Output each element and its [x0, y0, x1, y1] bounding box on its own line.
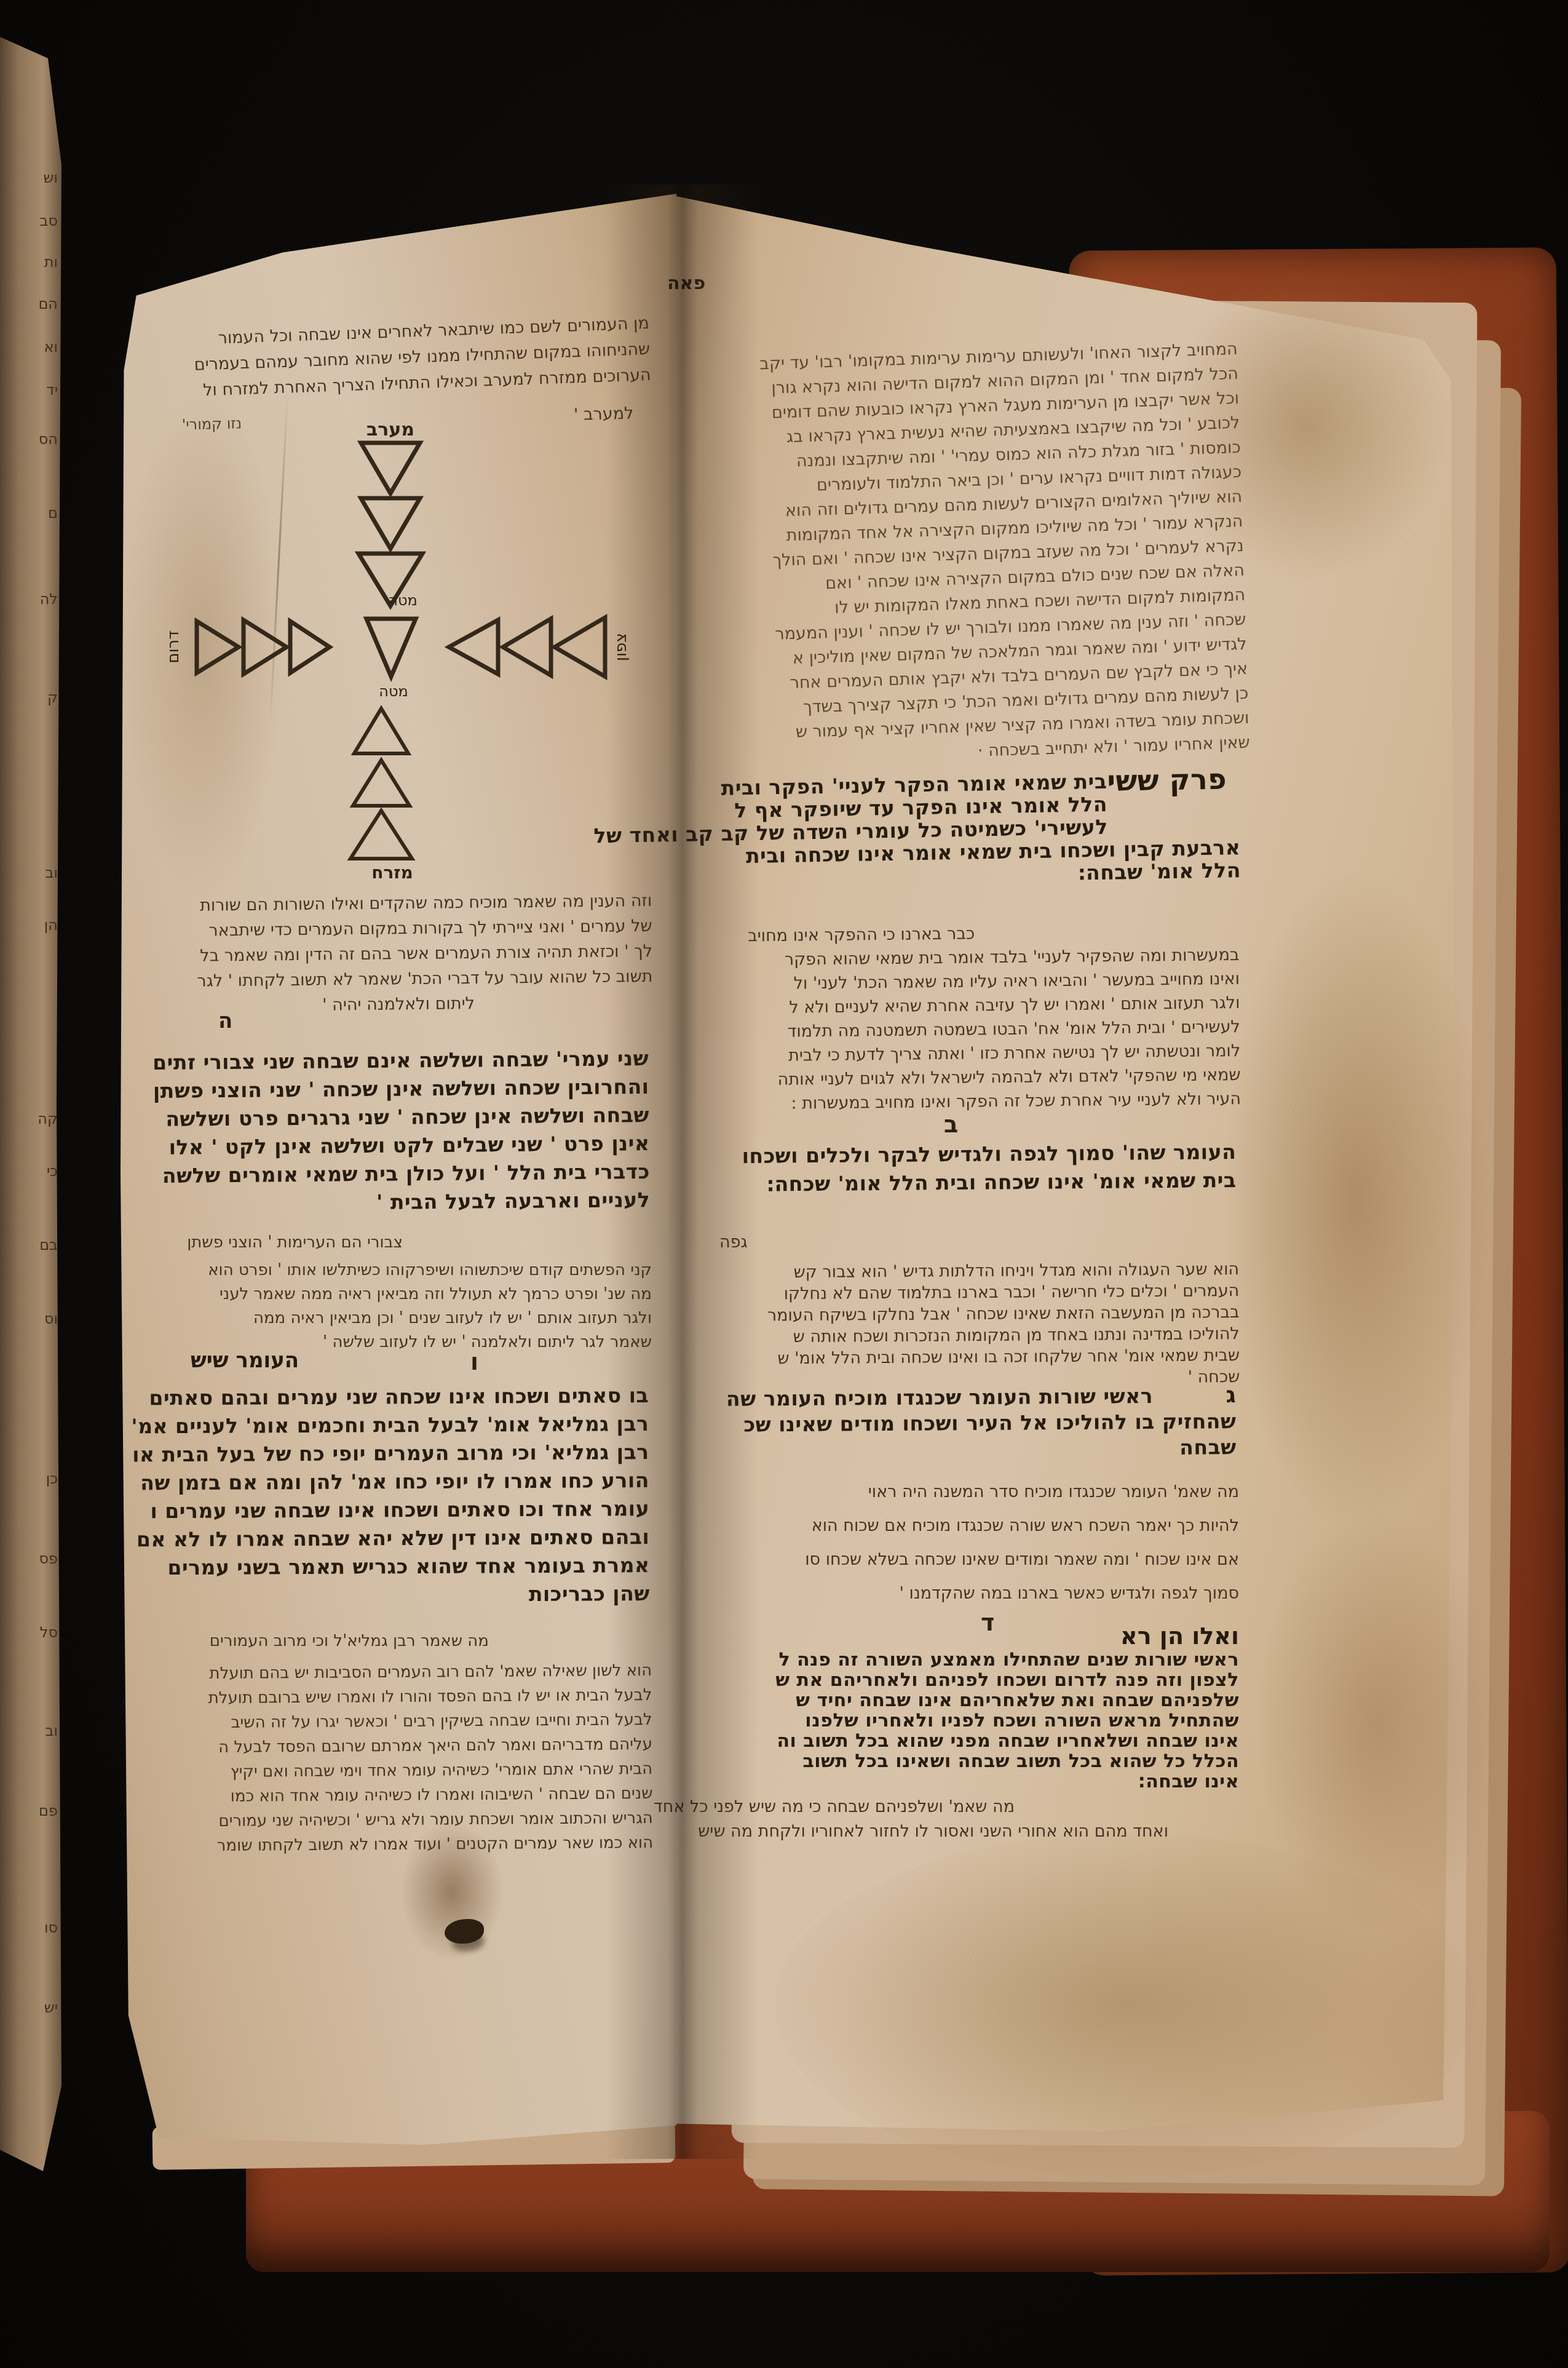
- edge-text-fragment: וא: [44, 338, 58, 356]
- facing-page-edge: ושסבותהםואידהסםלהקובהןקהכיבםוסכןפססלובפם…: [0, 37, 61, 2171]
- text-line: בית שמאי אומ' אינו שכחה ובית הלל אומ' שכ…: [686, 1166, 1236, 1199]
- text-line: ואחד מהם הוא אחורי השני ואסור לו לחזור ל…: [701, 1819, 1168, 1844]
- text-line: שלפניהם שבחה ואת שלאחריהם אינו שבחה יחיד…: [683, 1690, 1239, 1710]
- edge-text-fragment: סב: [40, 212, 58, 229]
- text-line: ובהם סאתים אינו דין שלא יהא שבחה אמרו לו…: [139, 1523, 649, 1554]
- left-triangle: [449, 620, 498, 674]
- edge-text-fragment: פס: [39, 1550, 58, 1567]
- commentary-6-6: הוא לשון שאילה שאמ' להם רוב העמרים הסביב…: [132, 1658, 653, 1859]
- text-line: שבחה ושלשה אינן שכחה ' שני גרגרים פרט וש…: [139, 1101, 649, 1134]
- section-letter-bet: ב: [944, 1111, 958, 1138]
- up-triangle: [354, 709, 408, 753]
- text-line: לבעל הבית או יש לו בהם הפסד והורו לו ואמ…: [132, 1683, 652, 1711]
- text-line: שנים הם שבחה ' השיבוהו ואמרו לו כשיהיה ע…: [133, 1781, 652, 1810]
- text-line: להיות כך יאמר השכח ראש שורה שכנגדו מוכיח…: [676, 1509, 1239, 1543]
- right-triangle: [290, 621, 330, 673]
- edge-text-fragment: לה: [40, 590, 58, 608]
- text-line: הכלל כל שהוא בכל תשוב שבחה ושאינו בכל תש…: [683, 1751, 1239, 1771]
- text-line: מה שנ' ופרט כרמך לא תעולל וזה מביאין ראי…: [132, 1282, 652, 1306]
- lemma-gapah: גפה: [719, 1230, 748, 1255]
- diagram-label-east: מזרח: [371, 862, 413, 883]
- text-line: הבית שהרי אתם אומרי' כשיהיה עומר אחד וימ…: [133, 1757, 652, 1785]
- text-line: והחרובין שכחה ושלשה אינן שכחה ' שני הוצנ…: [138, 1073, 649, 1105]
- text-line: העומר שהו' סמוך לגפה ולגדיש לבקר ולכלים …: [686, 1138, 1236, 1171]
- mishnah-6-4-opening: ואלו הן רא: [1101, 1623, 1239, 1650]
- text-line: עליהם מדבריהם ואמר להם היאך אמרתם שרובם …: [133, 1732, 652, 1760]
- text-line: הגריש והכתוב אומר ושכחת עומר ולא גריש ' …: [133, 1806, 653, 1834]
- text-line: הוא לשון שאילה שאמ' להם רוב העמרים הסביב…: [132, 1658, 652, 1687]
- text-line: שבית שמאי אומ' אחר שלקחו זכה בו ואינו שכ…: [677, 1345, 1240, 1370]
- commentary-6-2: הוא שער העגולה והוא מגדל ויניחו הדלתות ג…: [676, 1258, 1240, 1391]
- chapter-heading: פרק ששי: [1107, 768, 1240, 820]
- text-line: סמוך לגפה ולגדיש כאשר בארנו במה שהקדמנו …: [676, 1576, 1239, 1610]
- edge-text-fragment: סו: [44, 1919, 58, 1936]
- commentary-6-1: כבר בארנו כי ההפקר אינו מחויבבמעשרות ומה…: [676, 919, 1241, 1117]
- text-line: תשוב כל שהוא עובר על דברי הכת' שאמר לא ת…: [136, 964, 652, 995]
- text-line: שבחה: [686, 1434, 1237, 1464]
- edge-text-fragment: הם: [38, 295, 58, 312]
- down-triangle: [361, 498, 420, 549]
- text-line: ולגר תעזוב אותם ' יש לו לעזוב שנים ' וכן…: [132, 1306, 652, 1330]
- mishnah-6-1: פרק ששי בית שמאי אומר הפקר לעניי' הפקר ו…: [686, 768, 1241, 891]
- edge-text-fragment: הס: [39, 431, 58, 448]
- text-line: לבעל הבית וחייבו שבחה בשיקין רבים ' וכאש…: [133, 1707, 652, 1736]
- mishnah-6-6-opening: העומר שיש: [191, 1348, 299, 1373]
- mishnah-6-5: שני עמרי' שבחה ושלשה אינם שבחה שני צבורי…: [138, 1044, 650, 1218]
- diagram-label-mata-lower: מטה: [379, 683, 408, 700]
- edge-text-fragment: הן: [44, 916, 58, 934]
- text-line: הוא כמו שאר עמרים הקטנים ' ועוד אמרו לא …: [133, 1830, 653, 1859]
- edge-text-fragment: ם: [48, 504, 58, 522]
- section-letter-dalet: ד: [981, 1609, 994, 1636]
- text-line: אמרת בעומר אחד שהוא כגריש תאמר בשני עמרי…: [139, 1551, 649, 1582]
- text-line: אינו שבחה:: [683, 1771, 1239, 1792]
- up-triangle: [353, 760, 410, 806]
- rambam-intro-commentary: המחויב לקצור האחו' ולעשותם ערימות ערימות…: [676, 337, 1250, 773]
- diagram-label-south: דרום: [166, 630, 183, 663]
- up-triangle: [350, 811, 412, 859]
- text-line: כבר בארנו כי ההפקר אינו מחויב: [676, 922, 975, 949]
- edge-fragments: ושסבותהםואידהסםלהקובהןקהכיבםוסכןפססלובפם…: [0, 37, 61, 2171]
- text-line: ליתום ולאלמנה יהיה ': [137, 991, 475, 1020]
- diagram-label-west: מערב: [366, 419, 414, 440]
- edge-text-fragment: וב: [46, 1722, 58, 1739]
- commentary-6-5: קני הפשתים קודם שיכתשוהו ושיפרקוהו כשיתל…: [132, 1258, 652, 1354]
- edge-text-fragment: וס: [44, 1310, 58, 1327]
- text-line: שהן כבריכות: [140, 1579, 650, 1610]
- down-triangle: [361, 443, 420, 493]
- lemma-gamliel-text: מה שאמר רבן גמליא'ל וכי מרוב העמורים: [148, 1629, 489, 1653]
- commentary-6-4: מה שאמ' ושלפניהם שבחה כי מה שיש לפני כל …: [701, 1795, 1168, 1844]
- lemma-tsiburei-text: צבורי הם הערימות ' הוצני פשתן: [148, 1230, 403, 1255]
- edge-text-fragment: כן: [46, 1470, 58, 1487]
- book-photo: ושסבותהםואידהסםלהקובהןקהכיבםוסכןפססלובפם…: [0, 0, 1568, 2368]
- edge-text-fragment: וש: [43, 169, 58, 186]
- text-line: קני הפשתים קודם שיכתשוהו ושיפרקוהו כשיתל…: [132, 1258, 652, 1282]
- text-line: שני עמרי' שבחה ושלשה אינם שבחה שני צבורי…: [138, 1044, 649, 1077]
- text-line: שהחזיק בו להוליכו אל העיר ושכחו מודים שא…: [686, 1408, 1236, 1438]
- text-line: אם אינו שכוח ' ומה שאמר ומודים שאינו שכח…: [676, 1543, 1239, 1576]
- sheaf-rows-diagram: מערב מטה מטה מזרח דרום צפון: [166, 418, 658, 886]
- mishnah-6-2: העומר שהו' סמוך לגפה ולגדיש לבקר ולכלים …: [686, 1138, 1237, 1199]
- edge-text-fragment: כי: [47, 1162, 58, 1180]
- text-line: לעניים וארבעה לבעל הבית ': [140, 1186, 650, 1218]
- section-letter-gimel: ג: [1153, 1383, 1236, 1409]
- left-triangle: [503, 619, 551, 675]
- text-line: אינו שבחה ושלאחריו שבחה מפני שהוא בכל תש…: [683, 1731, 1239, 1751]
- left-triangle: [555, 618, 605, 677]
- edge-text-fragment: ות: [44, 253, 58, 271]
- text-line: שהתחיל מראש השורה ושכח לפניו ולאחריו שלפ…: [683, 1710, 1239, 1731]
- lemma-tsiburei: צבורי הם הערימות ' הוצני פשתן: [148, 1230, 649, 1255]
- mishnah-6-4: ראשי שורות שנים שהתחילו מאמצע השורה זה פ…: [683, 1650, 1239, 1792]
- edge-text-fragment: יש: [44, 1999, 58, 2016]
- section-vav-line: ו העומר שיש: [138, 1348, 649, 1378]
- text-line: ראשי שורות שנים שהתחילו מאמצע השורה זה פ…: [683, 1650, 1239, 1670]
- diagram-label-mata-upper: מטה: [388, 592, 418, 609]
- text-line: רבן גמליא' וכי מרוב העמרים יופי כח של בע…: [138, 1438, 649, 1469]
- mishnah-6-6: בו סאתים ושכחו אינו שכחה שני עמרים ובהם …: [138, 1381, 650, 1610]
- right-triangle: [244, 620, 287, 674]
- text-line: לצפון וזה פנה לדרום ושכחו לפניהם ולאחריה…: [683, 1670, 1239, 1690]
- text-line: הורע כחו אמרו לו יופי כחו אמ' להן ומה אם…: [139, 1466, 649, 1497]
- edge-text-fragment: פם: [39, 1802, 58, 1819]
- section-letter-vav: ו: [470, 1348, 478, 1375]
- section-letter-hei: ה: [218, 1009, 232, 1033]
- edge-text-fragment: יד: [47, 381, 58, 399]
- commentary-6-3: מה שאמ' העומר שכנגדו מוכיח סדר המשנה היה…: [676, 1475, 1239, 1610]
- edge-text-fragment: וב: [46, 864, 58, 881]
- lemma-gamliel: מה שאמר רבן גמליא'ל וכי מרוב העמורים: [148, 1629, 649, 1653]
- text-line: עומר אחד וכו סאתים ושכחו אינו שבחה שני ע…: [139, 1495, 649, 1525]
- diagram-label-north: צפון: [612, 633, 630, 661]
- running-header: פאה: [667, 272, 705, 294]
- edge-text-fragment: קה: [38, 1110, 58, 1127]
- text-line: רבן גמליאל אומ' לבעל הבית וחכמים אומ' לע…: [138, 1410, 649, 1440]
- edge-text-fragment: בם: [39, 1236, 58, 1254]
- text-line: אינן פרט ' שני שבלים לקט ושלשה אינן לקט …: [139, 1129, 649, 1162]
- text-line: בו סאתים ושכחו אינו שכחה שני עמרים ובהם …: [138, 1381, 649, 1412]
- down-triangle-center: [366, 619, 416, 677]
- edge-text-fragment: ק: [47, 689, 58, 706]
- right-triangle: [197, 621, 239, 673]
- edge-text-fragment: סל: [40, 1624, 58, 1641]
- commentary-diagram: וזה הענין מה שאמר מוכיח כמה שהקדים ואילו…: [135, 888, 653, 1020]
- text-line: מה שאמ' ושלפניהם שבחה כי מה שיש לפני כל …: [701, 1795, 1015, 1819]
- text-line: כדברי בית הלל ' ועל כולן בית שמאי אומרים…: [140, 1158, 650, 1190]
- mishnah-6-3: ג ראשי שורות העומר שכנגדו מוכיח העומר שה…: [686, 1383, 1237, 1464]
- text-line: מה שאמ' העומר שכנגדו מוכיח סדר המשנה היה…: [676, 1475, 1239, 1509]
